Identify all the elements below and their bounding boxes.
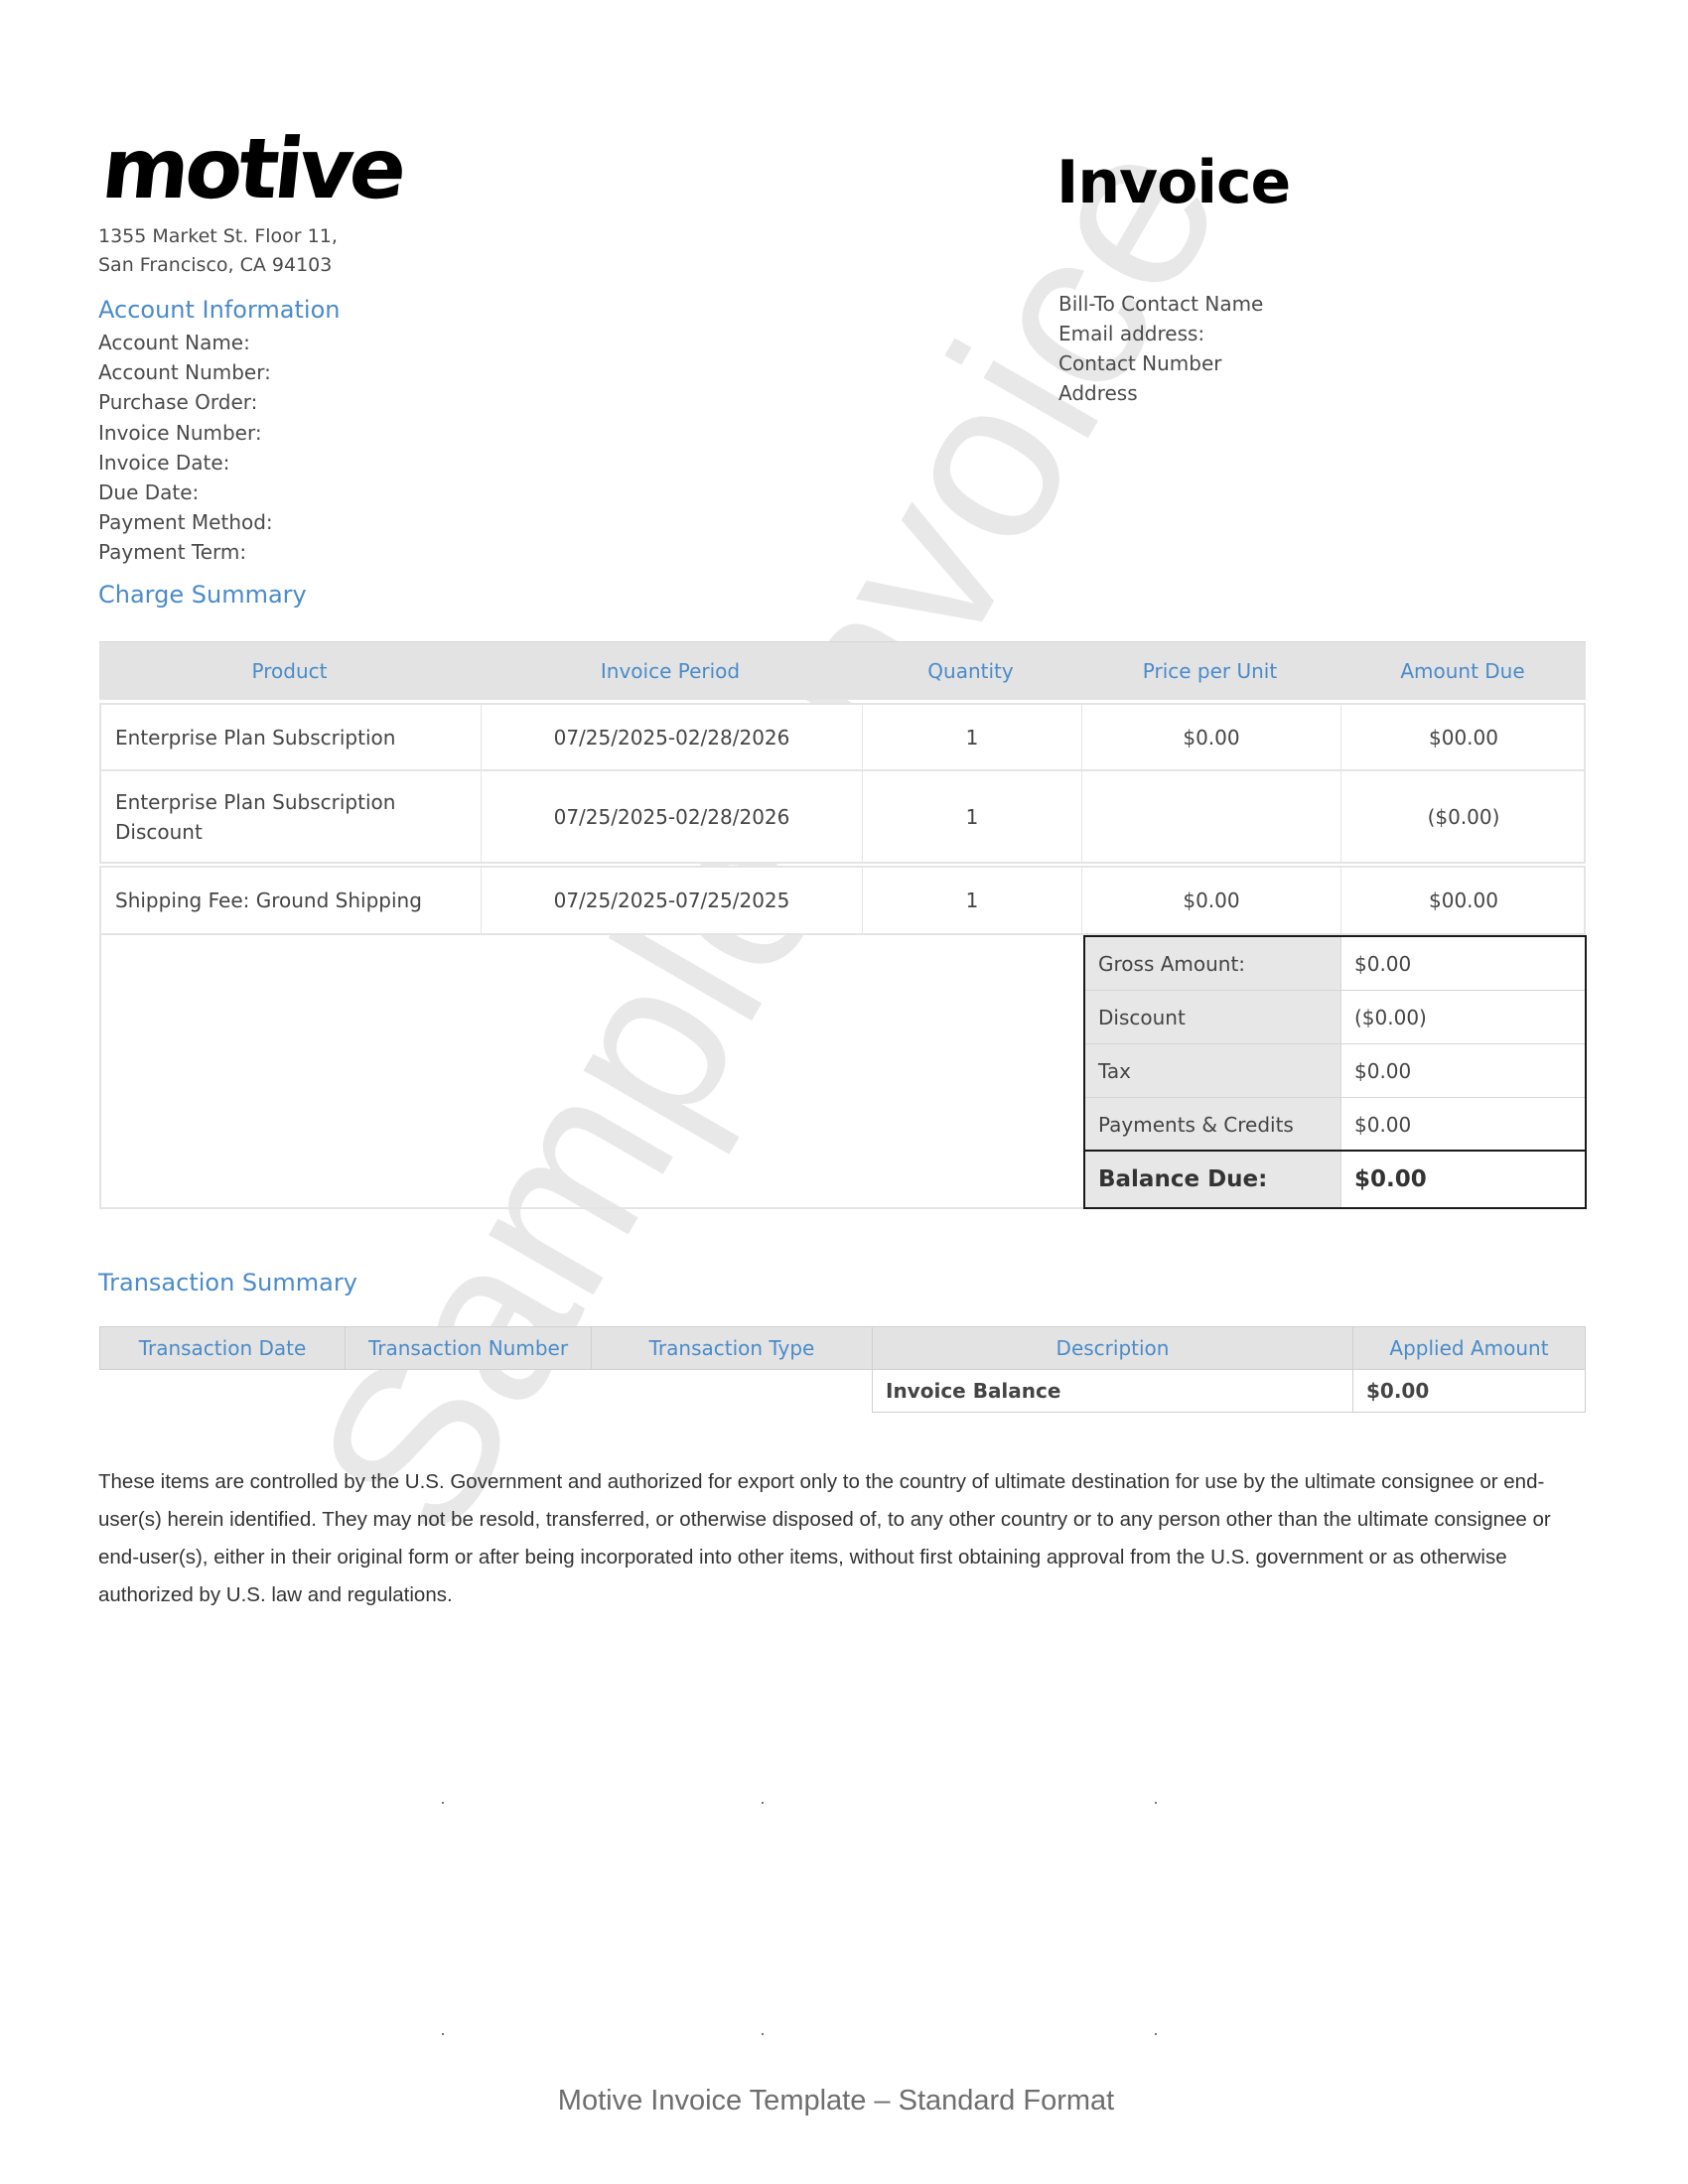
product-cell: Enterprise Plan Subscription Discount [101,771,482,862]
table-row: Enterprise Plan Subscription Discount 07… [99,769,1586,864]
payments-credits-value: $0.00 [1341,1098,1585,1151]
col-quantity: Quantity [861,642,1080,700]
marker-dot [442,1802,444,1804]
address-line-2: San Francisco, CA 94103 [98,251,338,280]
col-price-per-unit: Price per Unit [1080,642,1339,700]
col-amount-due: Amount Due [1339,642,1586,700]
period-cell: 07/25/2025-02/28/2026 [482,705,863,769]
period-cell: 07/25/2025-02/28/2026 [482,771,863,862]
export-control-notice: These items are controlled by the U.S. G… [98,1463,1568,1614]
col-transaction-type: Transaction Type [592,1327,873,1369]
payment-method-label: Payment Method: [98,507,273,537]
col-invoice-period: Invoice Period [480,642,861,700]
quantity-cell: 1 [863,868,1082,933]
account-number-label: Account Number: [98,357,273,387]
balance-due-label: Balance Due: [1085,1152,1341,1207]
payments-credits-label: Payments & Credits [1085,1098,1341,1151]
discount-row: Discount ($0.00) [1085,991,1585,1044]
page-footer: Motive Invoice Template – Standard Forma… [0,2085,1672,2117]
balance-due-row: Balance Due: $0.00 [1085,1150,1585,1207]
motive-logo: motive [98,127,407,210]
period-cell: 07/25/2025-07/25/2025 [482,868,863,933]
purchase-order-label: Purchase Order: [98,387,273,417]
transaction-table-header: Transaction Date Transaction Number Tran… [99,1326,1586,1370]
totals-box: Gross Amount: $0.00 Discount ($0.00) Tax… [1083,935,1587,1209]
marker-dot [762,2033,764,2035]
account-information-heading: Account Information [98,295,340,325]
due-date-label: Due Date: [98,478,273,507]
invoice-date-label: Invoice Date: [98,448,273,478]
product-cell: Shipping Fee: Ground Shipping [101,868,482,933]
page-title: Invoice [1056,147,1290,218]
table-row: Enterprise Plan Subscription 07/25/2025-… [99,703,1586,771]
amount-cell: $00.00 [1341,868,1586,933]
col-transaction-number: Transaction Number [346,1327,592,1369]
company-address: 1355 Market St. Floor 11, San Francisco,… [98,222,338,280]
bill-to-email: Email address: [1058,319,1263,348]
bill-to-block: Bill-To Contact Name Email address: Cont… [1058,289,1263,408]
marker-dot [1155,1802,1157,1804]
payments-credits-row: Payments & Credits $0.00 [1085,1098,1585,1151]
applied-amount-cell: $0.00 [1353,1370,1429,1412]
charge-summary-heading: Charge Summary [98,580,307,610]
marker-dot [442,2033,444,2035]
price-cell: $0.00 [1082,868,1341,933]
table-row: Shipping Fee: Ground Shipping 07/25/2025… [99,866,1586,935]
tax-label: Tax [1085,1044,1341,1097]
gross-amount-row: Gross Amount: $0.00 [1085,937,1585,991]
col-applied-amount: Applied Amount [1353,1327,1585,1369]
marker-dot [1155,2033,1157,2035]
price-cell: $0.00 [1082,705,1341,769]
amount-cell: $00.00 [1341,705,1586,769]
quantity-cell: 1 [863,705,1082,769]
price-cell [1082,771,1341,862]
discount-label: Discount [1085,991,1341,1043]
discount-value: ($0.00) [1341,991,1585,1043]
gross-amount-value: $0.00 [1341,937,1585,990]
quantity-cell: 1 [863,771,1082,862]
description-cell: Invoice Balance [873,1370,1353,1412]
payment-term-label: Payment Term: [98,537,273,567]
tax-row: Tax $0.00 [1085,1044,1585,1098]
col-transaction-date: Transaction Date [100,1327,346,1369]
tax-value: $0.00 [1341,1044,1585,1097]
gross-amount-label: Gross Amount: [1085,937,1341,990]
charge-table-header: Product Invoice Period Quantity Price pe… [99,641,1586,700]
marker-dot [762,1802,764,1804]
transaction-summary-heading: Transaction Summary [98,1268,357,1297]
bill-to-contact-number: Contact Number [1058,348,1263,378]
product-cell: Enterprise Plan Subscription [101,705,482,769]
address-line-1: 1355 Market St. Floor 11, [98,222,338,251]
col-description: Description [873,1327,1353,1369]
bill-to-address: Address [1058,378,1263,408]
invoice-number-label: Invoice Number: [98,418,273,448]
bill-to-contact-name: Bill-To Contact Name [1058,289,1263,319]
balance-due-value: $0.00 [1341,1152,1585,1207]
account-name-label: Account Name: [98,328,273,357]
amount-cell: ($0.00) [1341,771,1586,862]
col-product: Product [99,642,480,700]
table-row: Invoice Balance $0.00 [872,1370,1586,1413]
account-information-list: Account Name: Account Number: Purchase O… [98,328,273,568]
